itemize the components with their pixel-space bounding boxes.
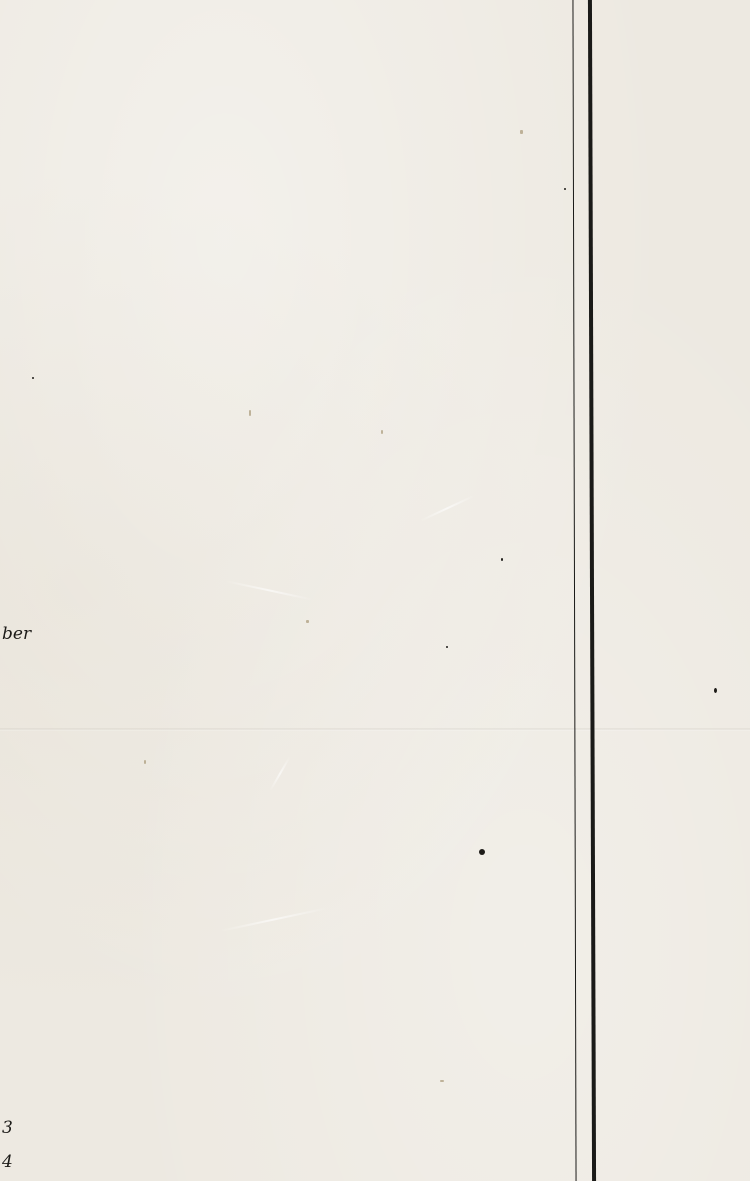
paper-crease [420,495,475,522]
paper-blemish [249,410,251,416]
ink-speck [446,646,448,648]
paper-blemish [306,620,309,623]
paper-blemish [520,130,523,134]
horizontal-fold-crease [0,728,750,731]
ink-speck [564,188,566,190]
paper-crease [225,580,313,601]
vertical-rule-thin [572,0,576,1181]
margin-text-fragment: 4 [2,1154,13,1171]
margin-text-fragment: ber [2,626,31,643]
ink-speck [479,849,485,855]
scanned-document-page: ber 3 4 [0,0,750,1181]
ink-speck [714,688,717,693]
paper-crease [220,907,328,932]
paper-blemish [381,430,383,434]
paper-blemish [440,1080,444,1082]
ink-speck [32,377,34,379]
margin-text-fragment: 3 [2,1120,13,1137]
paper-crease [269,756,291,792]
paper-blemish [144,760,146,764]
vertical-rule-thick [588,0,596,1181]
ink-speck [501,558,503,561]
